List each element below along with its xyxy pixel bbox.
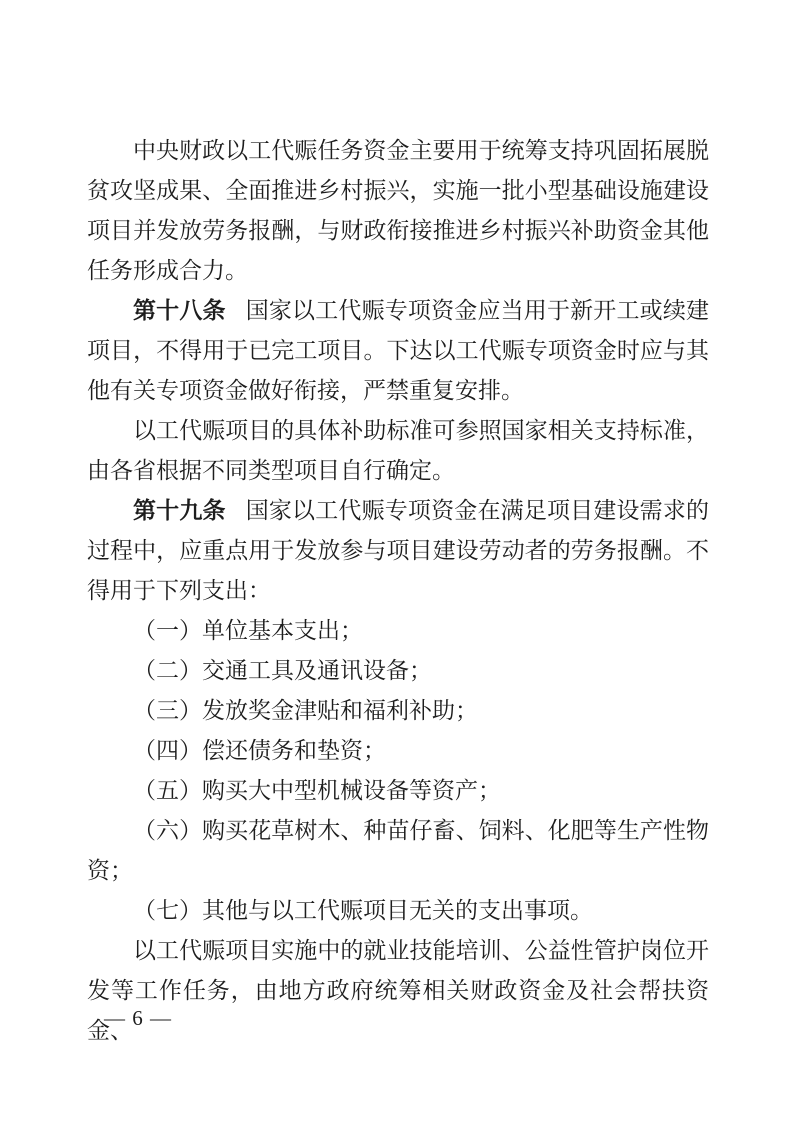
paragraph-article-18: 第十八条国家以工代赈专项资金应当用于新开工或续建项目，不得用于已完工项目。下达以… (87, 291, 709, 411)
paragraph-text: 以工代赈项目实施中的就业技能培训、公益性管护岗位开发等工作任务，由地方政府统筹相… (87, 938, 709, 1043)
document-page: 中央财政以工代赈任务资金主要用于统筹支持巩固拓展脱贫攻坚成果、全面推进乡村振兴，… (0, 0, 794, 1123)
article-lead: 第十八条 (133, 298, 226, 323)
paragraph-text: （五）购买大中型机械设备等资产； (133, 778, 501, 803)
list-item-7: （七）其他与以工代赈项目无关的支出事项。 (87, 891, 709, 931)
paragraph-text: 中央财政以工代赈任务资金主要用于统筹支持巩固拓展脱贫攻坚成果、全面推进乡村振兴，… (87, 138, 709, 283)
paragraph: 中央财政以工代赈任务资金主要用于统筹支持巩固拓展脱贫攻坚成果、全面推进乡村振兴，… (87, 131, 709, 291)
paragraph-article-19: 第十九条国家以工代赈专项资金在满足项目建设需求的过程中，应重点用于发放参与项目建… (87, 491, 709, 611)
document-body: 中央财政以工代赈任务资金主要用于统筹支持巩固拓展脱贫攻坚成果、全面推进乡村振兴，… (87, 131, 709, 1051)
paragraph-text: （一）单位基本支出； (133, 618, 363, 643)
article-lead: 第十九条 (133, 498, 226, 523)
list-item-3: （三）发放奖金津贴和福利补助； (87, 691, 709, 731)
paragraph-text: （三）发放奖金津贴和福利补助； (133, 698, 478, 723)
paragraph-text: （二）交通工具及通讯设备； (133, 658, 432, 683)
list-item-2: （二）交通工具及通讯设备； (87, 651, 709, 691)
list-item-1: （一）单位基本支出； (87, 611, 709, 651)
page-number: — 6 — (104, 1003, 172, 1033)
paragraph-text: （六）购买花草树木、种苗仔畜、饲料、化肥等生产性物资； (87, 818, 709, 883)
paragraph: 以工代赈项目的具体补助标准可参照国家相关支持标准，由各省根据不同类型项目自行确定… (87, 411, 709, 491)
paragraph: 以工代赈项目实施中的就业技能培训、公益性管护岗位开发等工作任务，由地方政府统筹相… (87, 931, 709, 1051)
paragraph-text: （七）其他与以工代赈项目无关的支出事项。 (133, 898, 593, 923)
list-item-6: （六）购买花草树木、种苗仔畜、饲料、化肥等生产性物资； (87, 811, 709, 891)
list-item-5: （五）购买大中型机械设备等资产； (87, 771, 709, 811)
paragraph-text: 以工代赈项目的具体补助标准可参照国家相关支持标准，由各省根据不同类型项目自行确定… (87, 418, 709, 483)
list-item-4: （四）偿还债务和垫资； (87, 731, 709, 771)
paragraph-text: （四）偿还债务和垫资； (133, 738, 386, 763)
